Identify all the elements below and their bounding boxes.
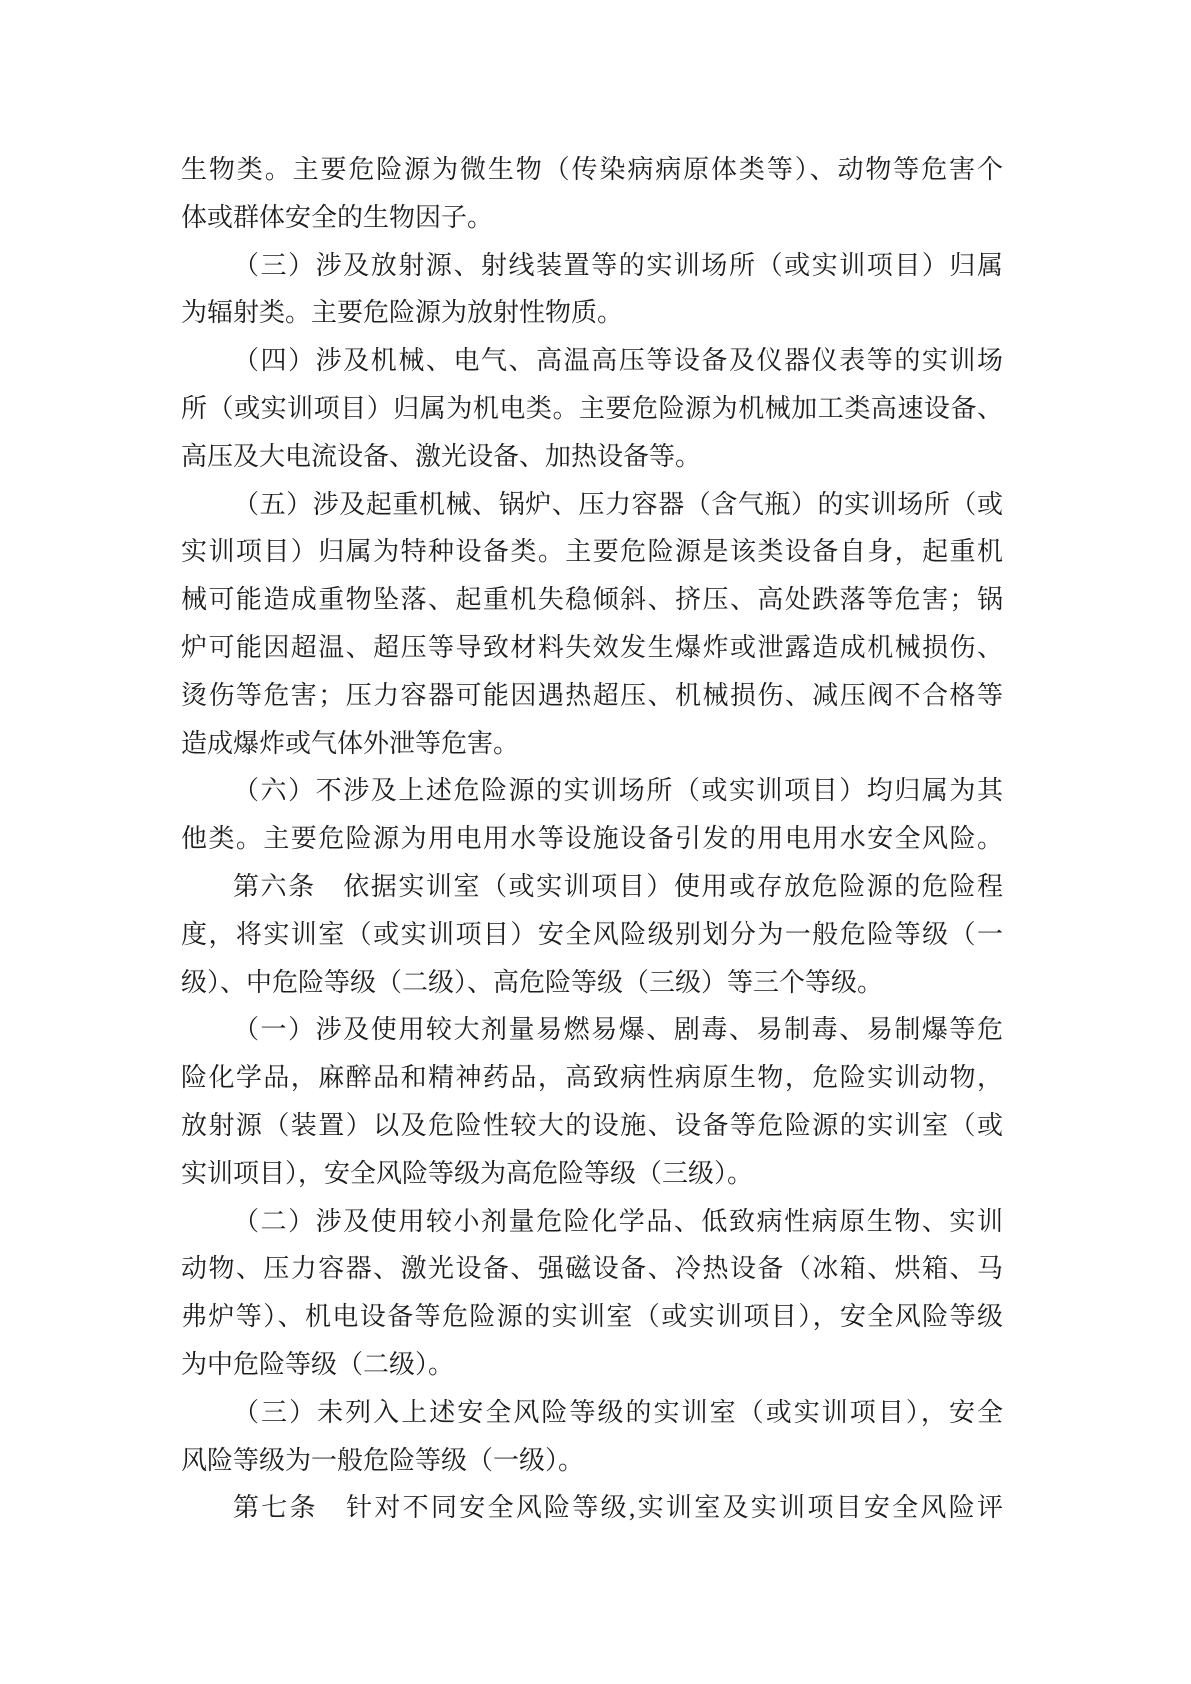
text-line: （六）不涉及上述危险源的实训场所（或实训项目）均归属为其 [181, 767, 1003, 815]
text-line: 弗炉等）、机电设备等危险源的实训室（或实训项目），安全风险等级 [181, 1293, 1003, 1341]
text-line: 第六条 依据实训室（或实训项目）使用或存放危险源的危险程 [181, 863, 1003, 911]
text-line: 所（或实训项目）归属为机电类。主要危险源为机械加工类高速设备、 [181, 385, 1003, 433]
text-line: 放射源（装置）以及危险性较大的设施、设备等危险源的实训室（或 [181, 1102, 1003, 1150]
text-line: 械可能造成重物坠落、起重机失稳倾斜、挤压、高处跌落等危害；锅 [181, 576, 1003, 624]
text-line: 动物、压力容器、激光设备、强磁设备、冷热设备（冰箱、烘箱、马 [181, 1245, 1003, 1293]
text-line: 高压及大电流设备、激光设备、加热设备等。 [181, 433, 1003, 481]
document-page: 生物类。主要危险源为微生物（传染病病原体类等）、动物等危害个体或群体安全的生物因… [0, 0, 1191, 1684]
text-line: 风险等级为一般危险等级（一级）。 [181, 1437, 1003, 1485]
text-line: （三）未列入上述安全风险等级的实训室（或实训项目），安全 [181, 1389, 1003, 1437]
text-line: 实训项目）归属为特种设备类。主要危险源是该类设备自身，起重机 [181, 528, 1003, 576]
text-line: 炉可能因超温、超压等导致材料失效发生爆炸或泄露造成机械损伤、 [181, 624, 1003, 672]
text-line: 度，将实训室（或实训项目）安全风险级别划分为一般危险等级（一 [181, 911, 1003, 959]
text-line: 实训项目），安全风险等级为高危险等级（三级）。 [181, 1150, 1003, 1198]
text-line: 造成爆炸或气体外泄等危害。 [181, 720, 1003, 768]
text-line: （五）涉及起重机械、锅炉、压力容器（含气瓶）的实训场所（或 [181, 481, 1003, 529]
text-line: 为辐射类。主要危险源为放射性物质。 [181, 289, 1003, 337]
text-line: 生物类。主要危险源为微生物（传染病病原体类等）、动物等危害个 [181, 146, 1003, 194]
text-line: 第七条 针对不同安全风险等级,实训室及实训项目安全风险评 [181, 1484, 1003, 1532]
text-line: （四）涉及机械、电气、高温高压等设备及仪器仪表等的实训场 [181, 337, 1003, 385]
text-line: 为中危险等级（二级）。 [181, 1341, 1003, 1389]
text-line: 他类。主要危险源为用电用水等设施设备引发的用电用水安全风险。 [181, 815, 1003, 863]
text-line: 级）、中危险等级（二级）、高危险等级（三级）等三个等级。 [181, 959, 1003, 1007]
text-line: （二）涉及使用较小剂量危险化学品、低致病性病原生物、实训 [181, 1198, 1003, 1246]
text-line: 烫伤等危害；压力容器可能因遇热超压、机械损伤、减压阀不合格等 [181, 672, 1003, 720]
text-block: 生物类。主要危险源为微生物（传染病病原体类等）、动物等危害个体或群体安全的生物因… [181, 146, 1003, 1532]
text-line: （三）涉及放射源、射线装置等的实训场所（或实训项目）归属 [181, 242, 1003, 290]
text-line: （一）涉及使用较大剂量易燃易爆、剧毒、易制毒、易制爆等危 [181, 1006, 1003, 1054]
text-line: 体或群体安全的生物因子。 [181, 194, 1003, 242]
text-line: 险化学品，麻醉品和精神药品，高致病性病原生物，危险实训动物， [181, 1054, 1003, 1102]
